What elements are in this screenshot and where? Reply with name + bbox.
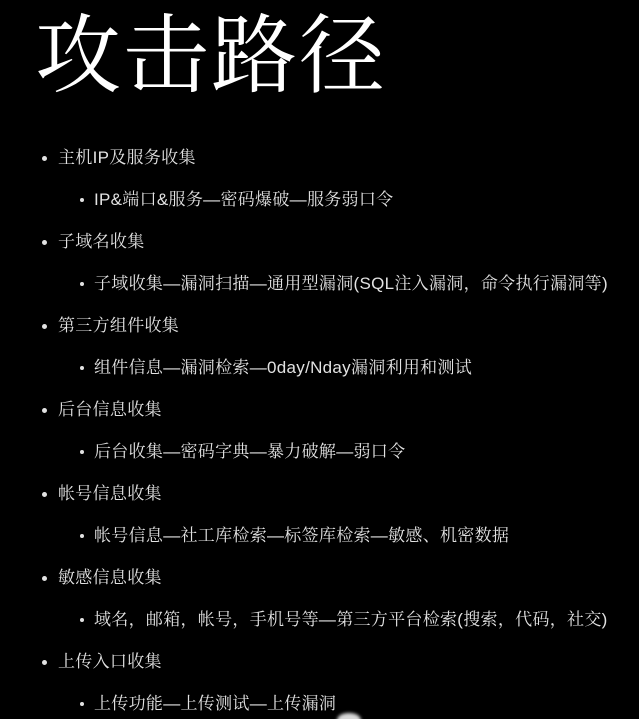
- sub-list-item: 域名，邮箱，帐号，手机号等—第三方平台检索(搜索，代码，社交): [0, 609, 639, 631]
- list-item: 敏感信息收集: [0, 567, 639, 589]
- list-item-label: 帐号信息收集: [58, 483, 162, 505]
- sub-list-item: 帐号信息—社工库检索—标签库检索—敏感、机密数据: [0, 525, 639, 547]
- list-item: 帐号信息收集: [0, 483, 639, 505]
- sub-list-item: 子域收集—漏洞扫描—通用型漏洞(SQL注入漏洞，命令执行漏洞等): [0, 273, 639, 295]
- list-section: 上传入口收集 上传功能—上传测试—上传漏洞: [0, 651, 639, 715]
- bullet-icon: [42, 408, 47, 413]
- sub-list-item: 后台收集—密码字典—暴力破解—弱口令: [0, 441, 639, 463]
- bullet-icon: [80, 198, 84, 202]
- list-item-label: 主机IP及服务收集: [58, 147, 196, 169]
- bullet-icon: [42, 660, 47, 665]
- list-item-label: 敏感信息收集: [58, 567, 162, 589]
- sub-list-item-label: 组件信息—漏洞检索—0day/Nday漏洞利用和测试: [94, 357, 472, 379]
- list-section: 第三方组件收集 组件信息—漏洞检索—0day/Nday漏洞利用和测试: [0, 315, 639, 379]
- list-item-label: 上传入口收集: [58, 651, 162, 673]
- list-item-label: 后台信息收集: [58, 399, 162, 421]
- bullet-icon: [80, 702, 84, 706]
- bullet-icon: [42, 576, 47, 581]
- sub-list-item-label: 子域收集—漏洞扫描—通用型漏洞(SQL注入漏洞，命令执行漏洞等): [94, 273, 608, 295]
- list-section: 主机IP及服务收集 IP&端口&服务—密码爆破—服务弱口令: [0, 147, 639, 211]
- slide: 攻击路径 主机IP及服务收集 IP&端口&服务—密码爆破—服务弱口令 子域名收集…: [0, 0, 639, 719]
- bullet-icon: [42, 492, 47, 497]
- bullet-icon: [80, 534, 84, 538]
- sub-list-item-label: 域名，邮箱，帐号，手机号等—第三方平台检索(搜索，代码，社交): [94, 609, 608, 631]
- bullet-icon: [80, 366, 84, 370]
- list-section: 子域名收集 子域收集—漏洞扫描—通用型漏洞(SQL注入漏洞，命令执行漏洞等): [0, 231, 639, 295]
- list-section: 后台信息收集 后台收集—密码字典—暴力破解—弱口令: [0, 399, 639, 463]
- page-title: 攻击路径: [0, 0, 639, 110]
- bullet-icon: [42, 324, 47, 329]
- list-item: 上传入口收集: [0, 651, 639, 673]
- bullet-icon: [80, 450, 84, 454]
- sub-list-item-label: 后台收集—密码字典—暴力破解—弱口令: [94, 441, 405, 463]
- list-section: 敏感信息收集 域名，邮箱，帐号，手机号等—第三方平台检索(搜索，代码，社交): [0, 567, 639, 631]
- bullet-icon: [80, 618, 84, 622]
- bullet-icon: [42, 240, 47, 245]
- list-item-label: 第三方组件收集: [58, 315, 179, 337]
- list-item-label: 子域名收集: [58, 231, 145, 253]
- sub-list-item-label: 帐号信息—社工库检索—标签库检索—敏感、机密数据: [94, 525, 509, 547]
- list-item: 主机IP及服务收集: [0, 147, 639, 169]
- list-item: 第三方组件收集: [0, 315, 639, 337]
- bullet-icon: [42, 156, 47, 161]
- bullet-icon: [80, 282, 84, 286]
- sub-list-item-label: 上传功能—上传测试—上传漏洞: [94, 693, 336, 715]
- list-section: 帐号信息收集 帐号信息—社工库检索—标签库检索—敏感、机密数据: [0, 483, 639, 547]
- sub-list-item: 组件信息—漏洞检索—0day/Nday漏洞利用和测试: [0, 357, 639, 379]
- list-item: 子域名收集: [0, 231, 639, 253]
- attack-path-list: 主机IP及服务收集 IP&端口&服务—密码爆破—服务弱口令 子域名收集 子域收集…: [0, 147, 639, 715]
- sub-list-item-label: IP&端口&服务—密码爆破—服务弱口令: [94, 189, 393, 211]
- sub-list-item: IP&端口&服务—密码爆破—服务弱口令: [0, 189, 639, 211]
- list-item: 后台信息收集: [0, 399, 639, 421]
- sub-list-item: 上传功能—上传测试—上传漏洞: [0, 693, 639, 715]
